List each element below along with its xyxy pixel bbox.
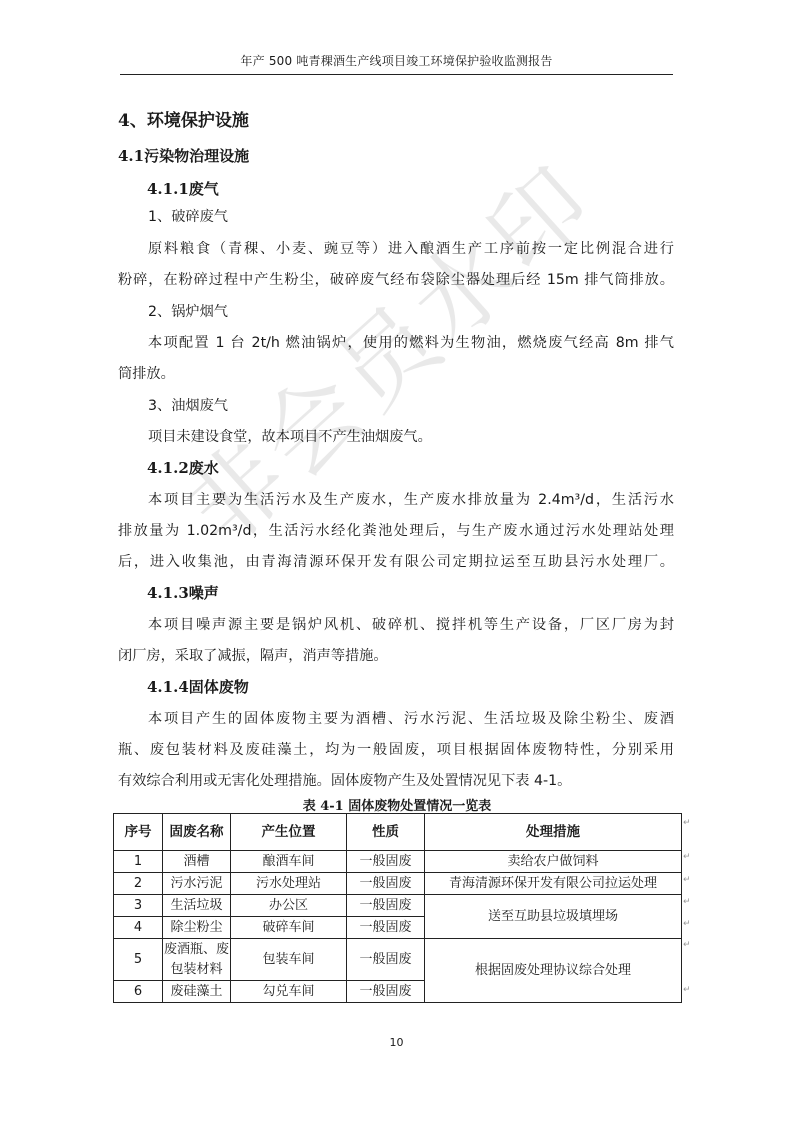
header-divider [120,74,673,75]
cell-nature: 一般固废 [347,851,425,873]
solid-waste-table: 序号 固废名称 产生位置 性质 处理措施 1 酒槽 酿酒车间 一般固废 卖给农户… [113,813,682,1003]
cell-nature: 一般固废 [347,939,425,981]
paragraph-line: 闭厂房，采取了减振，隔声，消声等措施。 [118,645,388,665]
heading-waste-gas: 4.1.1废气 [147,178,219,199]
cell-name: 废硅藻土 [163,981,231,1003]
column-header: 处理措施 [425,814,682,851]
cell-location: 破碎车间 [231,917,347,939]
page-number: 10 [0,1036,793,1049]
cell-name-line: 包装材料 [163,960,230,980]
paragraph-line: 粉碎，在粉碎过程中产生粉尘，破碎废气经布袋除尘器处理后经 15m 排气筒排放。 [118,269,674,289]
cell-no: 6 [114,981,163,1003]
cell-no: 4 [114,917,163,939]
paragraph-line: 有效综合利用或无害化处理措施。固体废物产生及处置情况见下表 4-1。 [118,770,571,790]
cell-name: 酒槽 [163,851,231,873]
heading-waste-water: 4.1.2废水 [147,457,219,478]
paragraph-line: 排放量为 1.02m³/d，生活污水经化粪池处理后，与生产废水通过污水处理站处理 [118,520,674,540]
paragraph-mark-icon: ↵ [683,919,691,929]
table-caption: 表 4-1 固体废物处置情况一览表 [113,795,681,814]
item-boiler-gas-title: 2、锅炉烟气 [148,301,228,321]
paragraph-mark-icon: ↵ [683,852,691,862]
heading-solid-waste: 4.1.4固体废物 [147,676,249,697]
cell-name: 生活垃圾 [163,895,231,917]
cell-no: 5 [114,939,163,981]
cell-no: 2 [114,873,163,895]
cell-location: 包装车间 [231,939,347,981]
paragraph-line: 筒排放。 [118,363,175,383]
paragraph-mark-icon: ↵ [683,985,691,995]
column-header: 序号 [114,814,163,851]
cell-name: 除尘粉尘 [163,917,231,939]
cell-nature: 一般固废 [347,873,425,895]
cell-location: 勾兑车间 [231,981,347,1003]
cell-nature: 一般固废 [347,917,425,939]
paragraph-line: 项目未建设食堂，故本项目不产生油烟废气。 [148,426,432,446]
cell-no: 1 [114,851,163,873]
table-row: 2 污水污泥 污水处理站 一般固废 青海清源环保开发有限公司拉运处理 [114,873,682,895]
paragraph-line: 本项目主要为生活污水及生产废水，生产废水排放量为 2.4m³/d，生活污水 [148,489,674,509]
paragraph-mark-icon: ↵ [683,940,691,950]
running-header: 年产 500 吨青稞酒生产线项目竣工环境保护验收监测报告 [120,52,673,69]
table-row: 3 生活垃圾 办公区 一般固废 送至互助县垃圾填埋场 [114,895,682,917]
item-oil-fume-title: 3、油烟废气 [148,395,228,415]
paragraph-line: 本项目噪声源主要是锅炉风机、破碎机、搅拌机等生产设备，厂区厂房为封 [148,614,674,634]
cell-name: 污水污泥 [163,873,231,895]
table-header-row: 序号 固废名称 产生位置 性质 处理措施 [114,814,682,851]
paragraph-line: 瓶、废包装材料及废硅藻土，均为一般固废，项目根据固体废物特性，分别采用 [118,739,674,759]
column-header: 固废名称 [163,814,231,851]
paragraph-mark-icon: ↵ [683,875,691,885]
paragraph-line: 本项配置 1 台 2t/h 燃油锅炉，使用的燃料为生物油，燃烧废气经高 8m 排… [148,332,674,352]
cell-treatment-merged: 送至互助县垃圾填埋场 [425,895,682,939]
section-heading: 4、环境保护设施 [118,106,249,131]
subsection-heading: 4.1污染物治理设施 [118,145,249,166]
cell-location: 酿酒车间 [231,851,347,873]
cell-treatment: 青海清源环保开发有限公司拉运处理 [425,873,682,895]
paragraph-line: 后，进入收集池，由青海清源环保开发有限公司定期拉运至互助县污水处理厂。 [118,551,674,571]
cell-nature: 一般固废 [347,895,425,917]
cell-no: 3 [114,895,163,917]
cell-treatment-merged: 根据固废处理协议综合处理 [425,939,682,1003]
heading-noise: 4.1.3噪声 [147,582,219,603]
cell-name: 废酒瓶、废 包装材料 [163,939,231,981]
cell-treatment: 卖给农户做饲料 [425,851,682,873]
column-header: 性质 [347,814,425,851]
paragraph-line: 本项目产生的固体废物主要为酒槽、污水污泥、生活垃圾及除尘粉尘、废酒 [148,708,674,728]
paragraph-line: 原料粮食（青稞、小麦、豌豆等）进入酿酒生产工序前按一定比例混合进行 [148,238,674,258]
paragraph-mark-icon: ↵ [683,897,691,907]
item-crushing-gas-title: 1、破碎废气 [148,206,228,226]
cell-name-line: 废酒瓶、废 [163,940,230,960]
cell-nature: 一般固废 [347,981,425,1003]
cell-location: 污水处理站 [231,873,347,895]
table-row: 5 废酒瓶、废 包装材料 包装车间 一般固废 根据固废处理协议综合处理 [114,939,682,981]
paragraph-mark-icon: ↵ [683,818,691,828]
table-row: 1 酒槽 酿酒车间 一般固废 卖给农户做饲料 [114,851,682,873]
cell-location: 办公区 [231,895,347,917]
column-header: 产生位置 [231,814,347,851]
